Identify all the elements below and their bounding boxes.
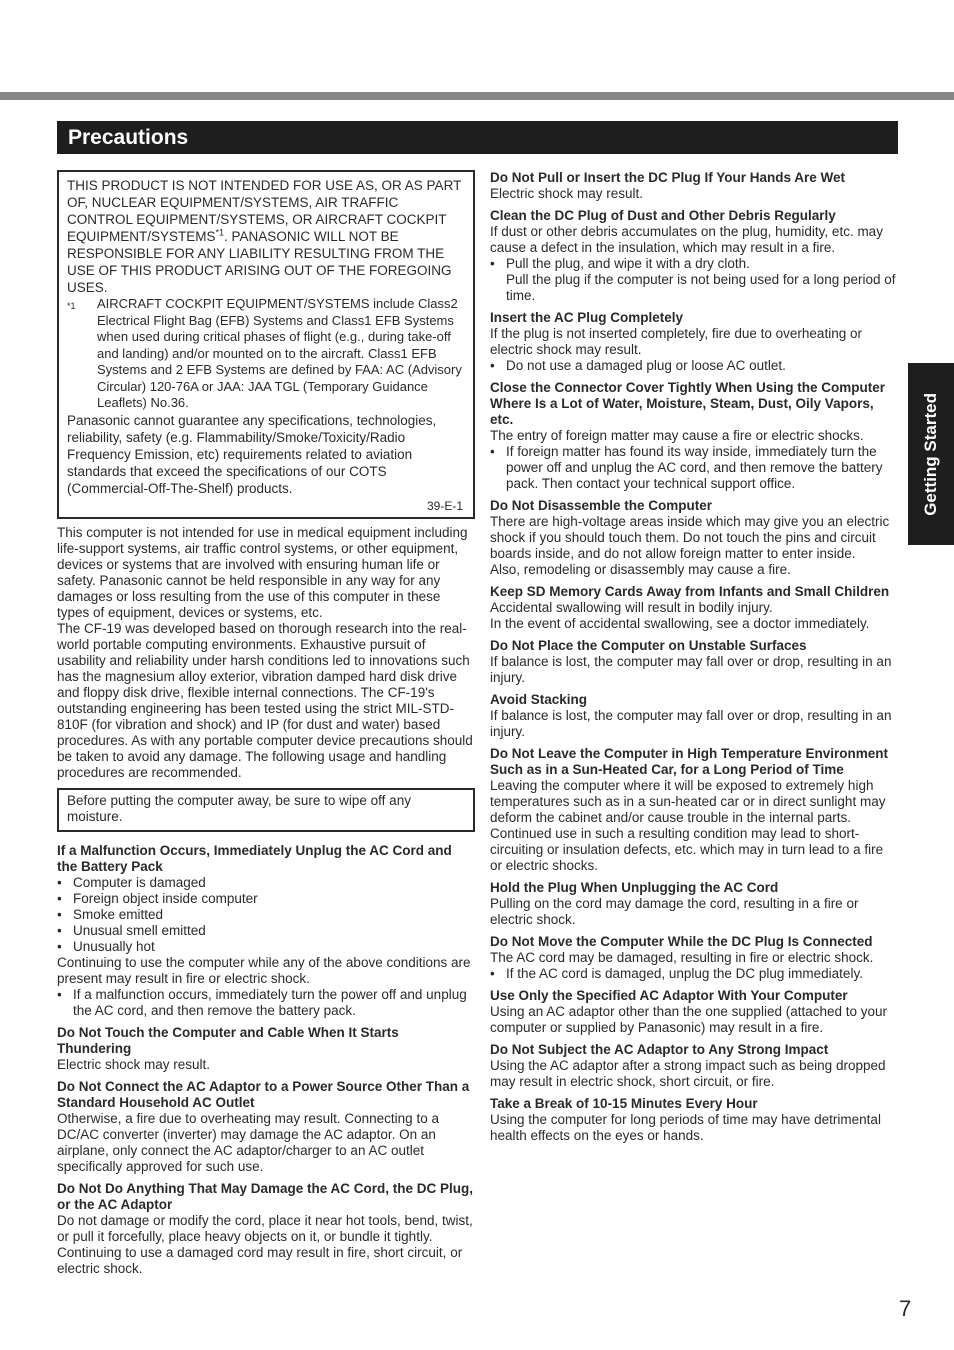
bullet-icon: •	[57, 907, 73, 923]
bullet-item: •Pull the plug, and wipe it with a dry c…	[490, 256, 898, 272]
right-sections: Do Not Pull or Insert the DC Plug If You…	[490, 170, 898, 1144]
section-paragraph: The entry of foreign matter may cause a …	[490, 428, 898, 444]
section-heading: Insert the AC Plug Completely	[490, 310, 898, 326]
notice-box: THIS PRODUCT IS NOT INTENDED FOR USE AS,…	[57, 170, 475, 519]
section-heading: Do Not Leave the Computer in High Temper…	[490, 746, 898, 778]
bullet-text: If the AC cord is damaged, unplug the DC…	[506, 966, 898, 982]
bullet-text: Smoke emitted	[73, 907, 475, 923]
section-paragraph: Electric shock may result.	[490, 186, 898, 202]
precaution-section: Do Not Disassemble the ComputerThere are…	[490, 498, 898, 578]
page-content: THIS PRODUCT IS NOT INTENDED FOR USE AS,…	[57, 170, 898, 1283]
section-heading: Do Not Subject the AC Adaptor to Any Str…	[490, 1042, 898, 1058]
section-heading: Keep SD Memory Cards Away from Infants a…	[490, 584, 898, 600]
bullet-text: Do not use a damaged plug or loose AC ou…	[506, 358, 898, 374]
section-paragraph: Leaving the computer where it will be ex…	[490, 778, 898, 874]
section-paragraph: There are high-voltage areas inside whic…	[490, 514, 898, 562]
bullet-icon: •	[490, 256, 506, 272]
section-paragraph: In the event of accidental swallowing, s…	[490, 616, 898, 632]
footnote-text: AIRCRAFT COCKPIT EQUIPMENT/SYSTEMS inclu…	[97, 296, 465, 412]
section-paragraph: If balance is lost, the computer may fal…	[490, 708, 898, 740]
bullet-icon: •	[57, 923, 73, 939]
side-tab-getting-started: Getting Started	[908, 363, 954, 545]
bullet-item: •If a malfunction occurs, immediately tu…	[57, 987, 475, 1019]
notice-closing-text: Panasonic cannot guarantee any specifica…	[67, 412, 465, 497]
section-heading: Do Not Touch the Computer and Cable When…	[57, 1025, 475, 1057]
page-title-bar: Precautions	[57, 121, 898, 154]
precaution-section: Use Only the Specified AC Adaptor With Y…	[490, 988, 898, 1036]
section-heading: Do Not Place the Computer on Unstable Su…	[490, 638, 898, 654]
section-paragraph: Accidental swallowing will result in bod…	[490, 600, 898, 616]
bullet-icon: •	[57, 875, 73, 891]
section-heading: Hold the Plug When Unplugging the AC Cor…	[490, 880, 898, 896]
section-paragraph: Continuing to use a damaged cord may res…	[57, 1245, 475, 1277]
section-heading: Take a Break of 10-15 Minutes Every Hour	[490, 1096, 898, 1112]
bullet-icon: •	[490, 358, 506, 374]
precaution-section: Do Not Place the Computer on Unstable Su…	[490, 638, 898, 686]
precaution-section: Hold the Plug When Unplugging the AC Cor…	[490, 880, 898, 928]
bullet-text: Unusual smell emitted	[73, 923, 475, 939]
bullet-item: •Smoke emitted	[57, 907, 475, 923]
section-paragraph: Continuing to use the computer while any…	[57, 955, 475, 987]
section-paragraph: Otherwise, a fire due to overheating may…	[57, 1111, 475, 1175]
precaution-section: Do Not Move the Computer While the DC Pl…	[490, 934, 898, 982]
bullet-text: Computer is damaged	[73, 875, 475, 891]
notice-footnote: *1 AIRCRAFT COCKPIT EQUIPMENT/SYSTEMS in…	[67, 296, 465, 412]
page-number: 7	[899, 1296, 911, 1322]
bullet-text: If foreign matter has found its way insi…	[506, 444, 898, 492]
precaution-section: Do Not Do Anything That May Damage the A…	[57, 1181, 475, 1277]
notice-main-text: THIS PRODUCT IS NOT INTENDED FOR USE AS,…	[67, 177, 465, 296]
notice-code: 39-E-1	[67, 499, 465, 513]
tip-box: Before putting the computer away, be sur…	[57, 788, 475, 832]
footnote-reference: *1	[216, 228, 225, 238]
section-heading: Do Not Pull or Insert the DC Plug If You…	[490, 170, 898, 186]
precaution-section: Do Not Touch the Computer and Cable When…	[57, 1025, 475, 1073]
precaution-section: Insert the AC Plug CompletelyIf the plug…	[490, 310, 898, 374]
bullet-item: •If the AC cord is damaged, unplug the D…	[490, 966, 898, 982]
right-column: Do Not Pull or Insert the DC Plug If You…	[490, 170, 898, 1283]
precaution-section: Do Not Pull or Insert the DC Plug If You…	[490, 170, 898, 202]
section-heading: Avoid Stacking	[490, 692, 898, 708]
bullet-item: •Do not use a damaged plug or loose AC o…	[490, 358, 898, 374]
indented-paragraph: Pull the plug if the computer is not bei…	[490, 272, 898, 304]
section-paragraph: Pulling on the cord may damage the cord,…	[490, 896, 898, 928]
bullet-icon: •	[57, 939, 73, 955]
precaution-section: Close the Connector Cover Tightly When U…	[490, 380, 898, 492]
section-paragraph: Using the AC adaptor after a strong impa…	[490, 1058, 898, 1090]
precaution-section: Keep SD Memory Cards Away from Infants a…	[490, 584, 898, 632]
bullet-icon: •	[57, 891, 73, 907]
section-paragraph: Using an AC adaptor other than the one s…	[490, 1004, 898, 1036]
footnote-marker: *1	[67, 296, 97, 412]
bullet-item: •If foreign matter has found its way ins…	[490, 444, 898, 492]
precaution-section: Do Not Leave the Computer in High Temper…	[490, 746, 898, 874]
bullet-item: •Unusually hot	[57, 939, 475, 955]
section-paragraph: Using the computer for long periods of t…	[490, 1112, 898, 1144]
bullet-item: •Unusual smell emitted	[57, 923, 475, 939]
section-heading: Do Not Do Anything That May Damage the A…	[57, 1181, 475, 1213]
side-tab-label: Getting Started	[921, 393, 941, 516]
bullet-text: Foreign object inside computer	[73, 891, 475, 907]
bullet-text: If a malfunction occurs, immediately tur…	[73, 987, 475, 1019]
section-heading: Clean the DC Plug of Dust and Other Debr…	[490, 208, 898, 224]
precaution-section: Do Not Subject the AC Adaptor to Any Str…	[490, 1042, 898, 1090]
intro-paragraph: This computer is not intended for use in…	[57, 525, 475, 621]
section-paragraph: Also, remodeling or disassembly may caus…	[490, 562, 898, 578]
precaution-section: Avoid StackingIf balance is lost, the co…	[490, 692, 898, 740]
left-sections: If a Malfunction Occurs, Immediately Unp…	[57, 843, 475, 1277]
section-heading: Do Not Move the Computer While the DC Pl…	[490, 934, 898, 950]
section-paragraph: Do not damage or modify the cord, place …	[57, 1213, 475, 1245]
bullet-text: Unusually hot	[73, 939, 475, 955]
section-paragraph: The AC cord may be damaged, resulting in…	[490, 950, 898, 966]
bullet-icon: •	[490, 966, 506, 982]
section-paragraph: If dust or other debris accumulates on t…	[490, 224, 898, 256]
top-gray-bar	[0, 92, 954, 100]
section-paragraph: If the plug is not inserted completely, …	[490, 326, 898, 358]
bullet-text: Pull the plug, and wipe it with a dry cl…	[506, 256, 898, 272]
section-paragraph: If balance is lost, the computer may fal…	[490, 654, 898, 686]
page-title: Precautions	[68, 126, 188, 150]
precaution-section: If a Malfunction Occurs, Immediately Unp…	[57, 843, 475, 1019]
section-heading: Do Not Connect the AC Adaptor to a Power…	[57, 1079, 475, 1111]
bullet-item: •Computer is damaged	[57, 875, 475, 891]
bullet-icon: •	[490, 444, 506, 492]
left-column: THIS PRODUCT IS NOT INTENDED FOR USE AS,…	[57, 170, 475, 1283]
precaution-section: Clean the DC Plug of Dust and Other Debr…	[490, 208, 898, 304]
intro-paragraph: The CF-19 was developed based on thoroug…	[57, 621, 475, 781]
section-heading: If a Malfunction Occurs, Immediately Unp…	[57, 843, 475, 875]
section-heading: Close the Connector Cover Tightly When U…	[490, 380, 898, 428]
bullet-item: •Foreign object inside computer	[57, 891, 475, 907]
section-heading: Use Only the Specified AC Adaptor With Y…	[490, 988, 898, 1004]
section-paragraph: Electric shock may result.	[57, 1057, 475, 1073]
bullet-icon: •	[57, 987, 73, 1019]
precaution-section: Take a Break of 10-15 Minutes Every Hour…	[490, 1096, 898, 1144]
section-heading: Do Not Disassemble the Computer	[490, 498, 898, 514]
precaution-section: Do Not Connect the AC Adaptor to a Power…	[57, 1079, 475, 1175]
